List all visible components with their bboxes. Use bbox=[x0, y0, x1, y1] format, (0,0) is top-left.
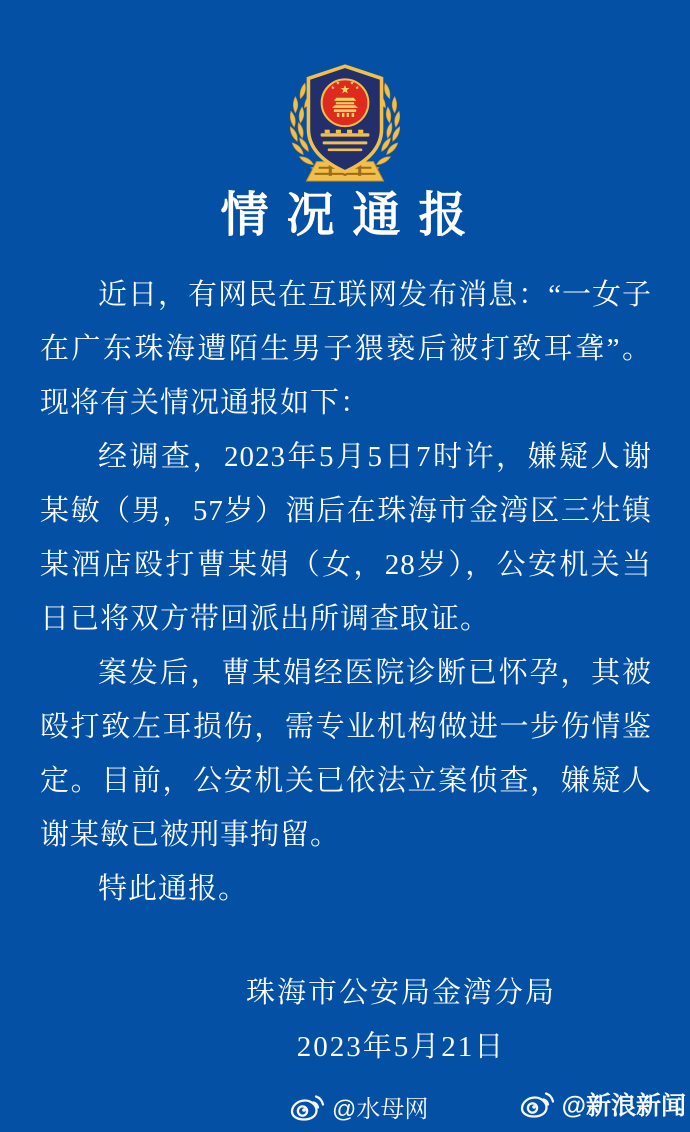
watermark-left-label: @水母网 bbox=[332, 1089, 428, 1124]
watermark-right: @新浪新闻 bbox=[519, 1086, 686, 1122]
page-title: 情 况 通 报 bbox=[0, 176, 690, 245]
notice-date: 2023年5月21日 bbox=[112, 1020, 690, 1074]
notice-body: 近日，有网民在互联网发布消息：“一女子在广东珠海遭陌生男子猥亵后被打致耳聋”。现… bbox=[40, 268, 652, 916]
watermark-left: @水母网 bbox=[289, 1089, 428, 1124]
police-badge-icon bbox=[284, 52, 406, 184]
notice-paragraph-2: 经调查，2023年5月5日7时许，嫌疑人谢某敏（男，57岁）酒后在珠海市金湾区三… bbox=[40, 430, 652, 646]
weibo-icon bbox=[289, 1092, 325, 1122]
notice-paragraph-4: 特此通报。 bbox=[40, 862, 652, 916]
notice-paragraph-3: 案发后，曹某娟经医院诊断已怀孕，其被殴打致左耳损伤，需专业机构做进一步伤情鉴定。… bbox=[40, 646, 652, 862]
agency-name: 珠海市公安局金湾分局 bbox=[112, 966, 690, 1020]
police-notice-page: 情 况 通 报 近日，有网民在互联网发布消息：“一女子在广东珠海遭陌生男子猥亵后… bbox=[0, 0, 690, 1132]
signature-block: 珠海市公安局金湾分局 2023年5月21日 bbox=[0, 966, 690, 1074]
watermark-right-label: @新浪新闻 bbox=[562, 1086, 686, 1122]
notice-paragraph-1: 近日，有网民在互联网发布消息：“一女子在广东珠海遭陌生男子猥亵后被打致耳聋”。现… bbox=[40, 268, 652, 430]
weibo-icon bbox=[519, 1089, 555, 1119]
